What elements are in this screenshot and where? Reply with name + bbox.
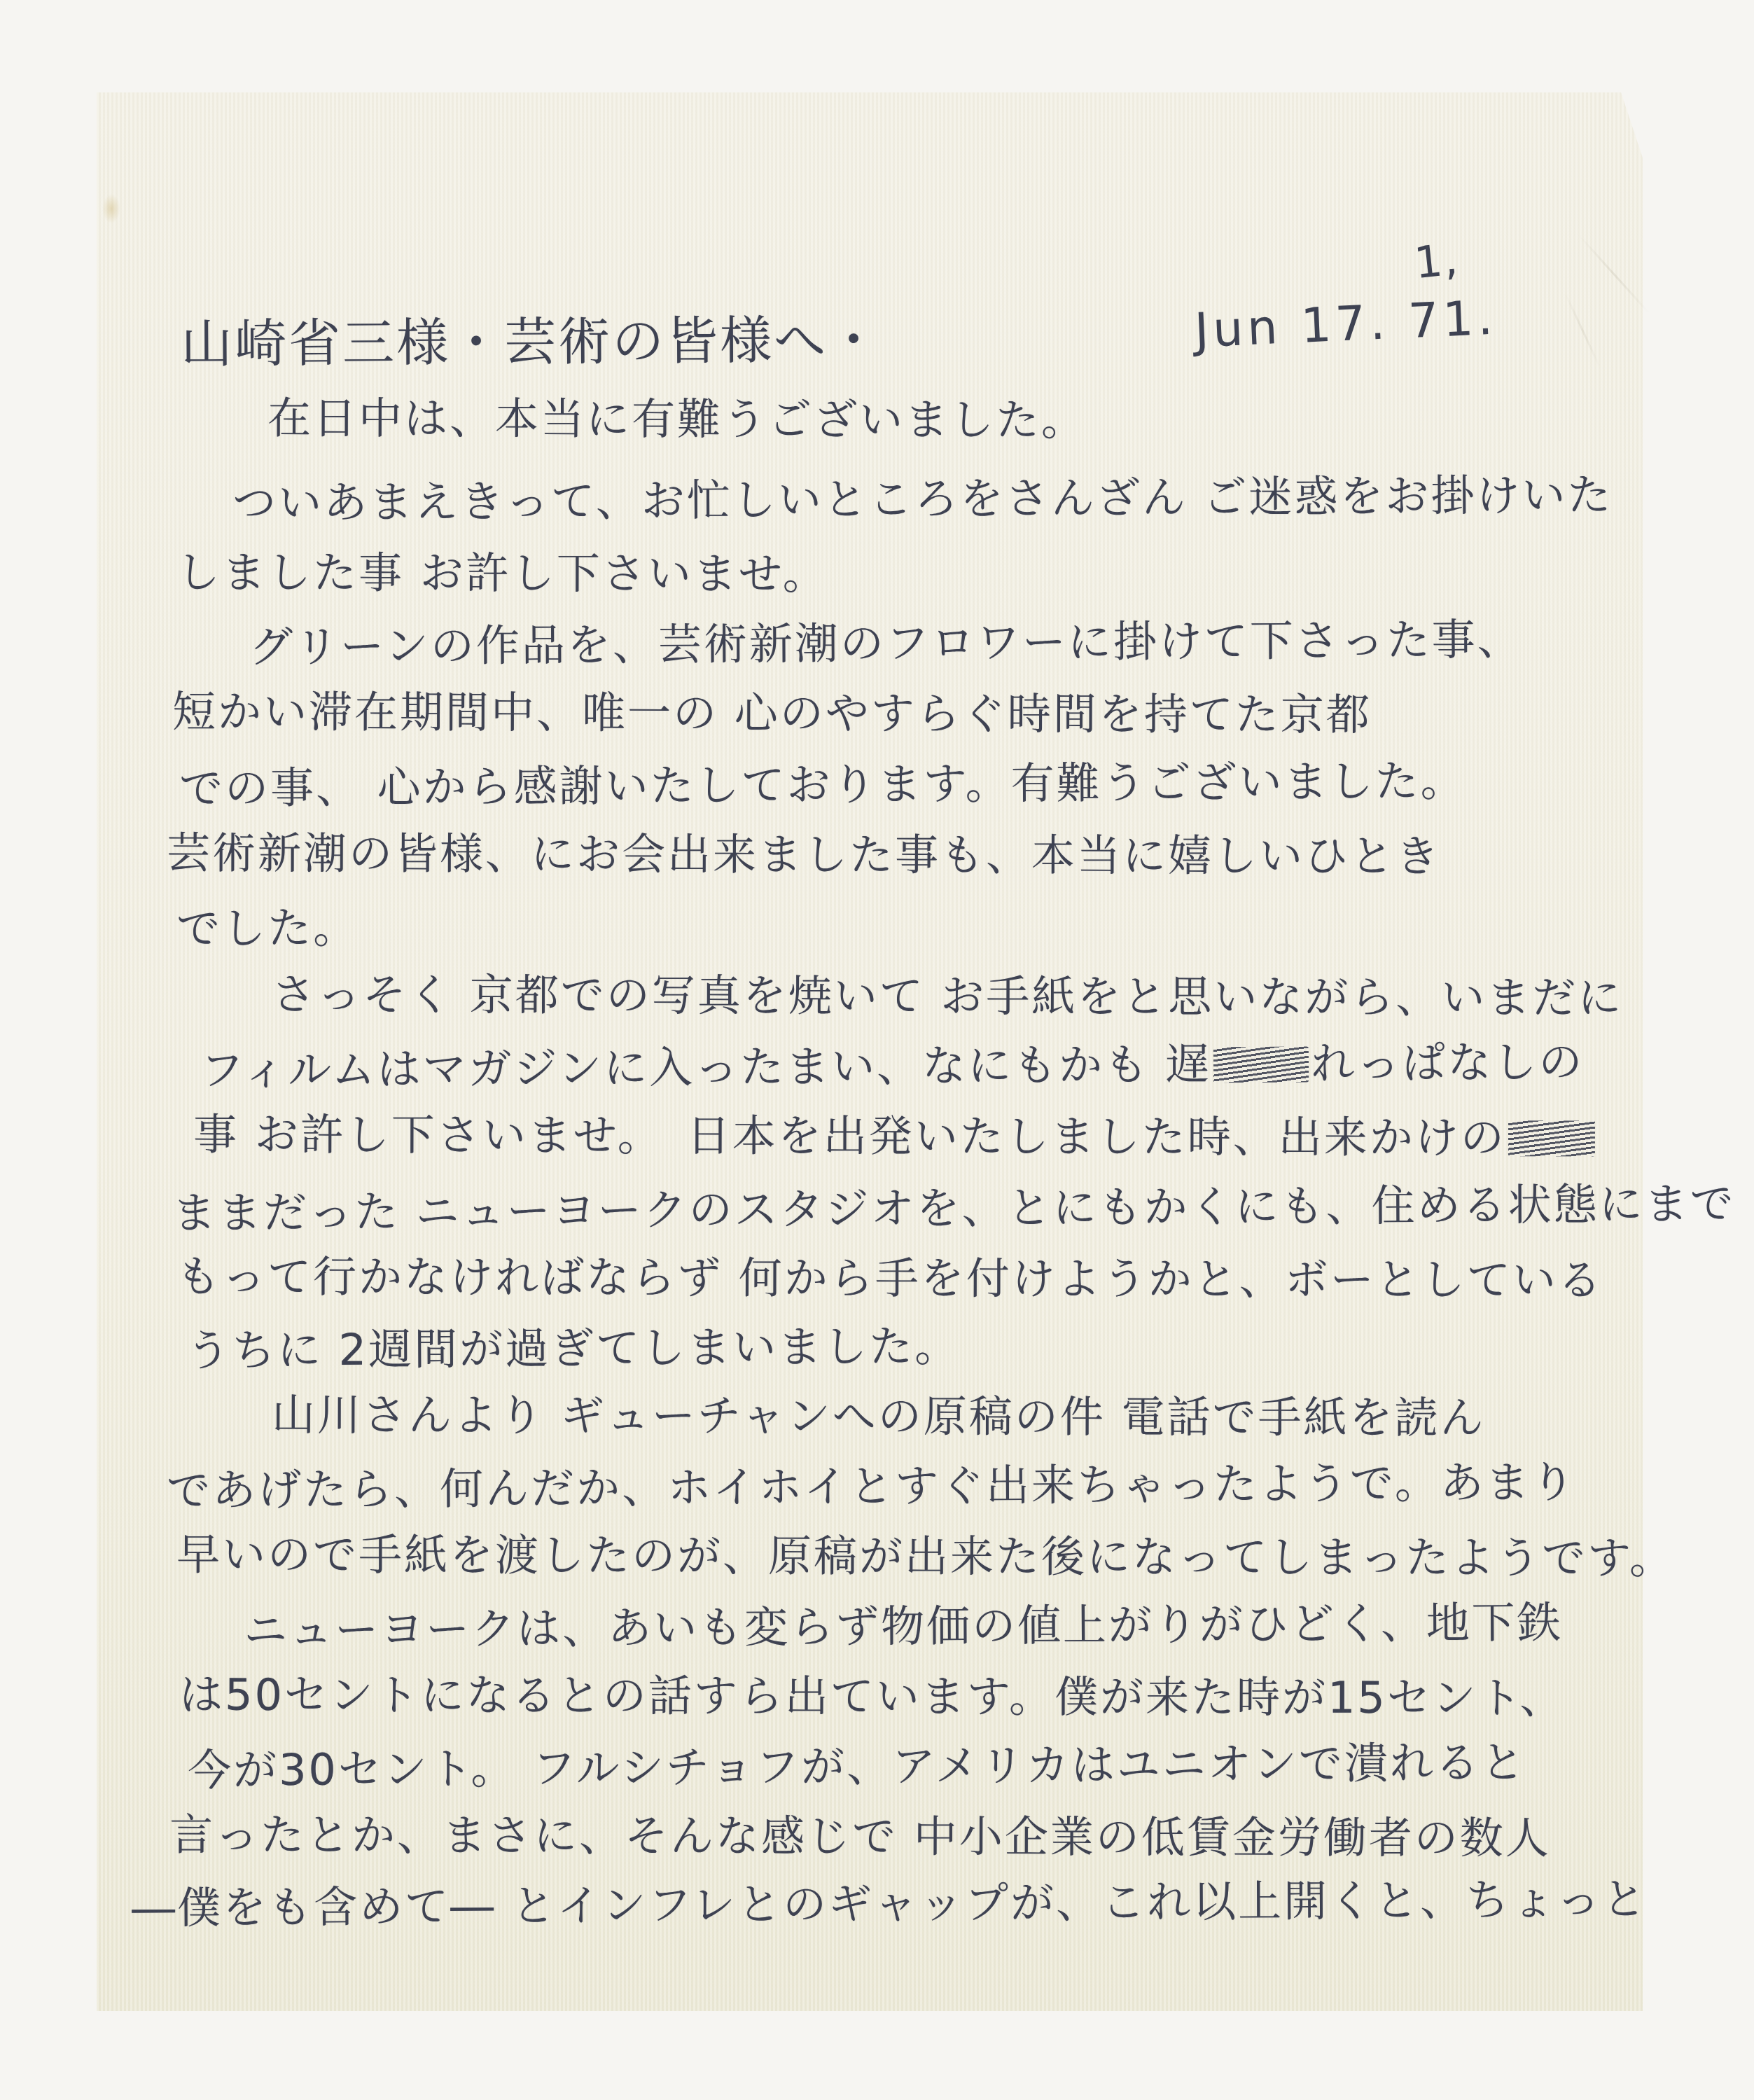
letter-text: ままだった ニューヨークのスタジオを、とにもかくにも、住める状態にまで — [172, 1178, 1736, 1239]
letter-line: 事 お許し下さいませ。 日本を出発いたしました時、出来かけの — [193, 1113, 1597, 1160]
letter-body: 山崎省三様・芸術の皆様へ・在日中は、本当に有難うございました。ついあまえきって、… — [0, 0, 1754, 2100]
letter-text: でした。 — [176, 902, 359, 954]
letter-line: ままだった ニューヨークのスタジオを、とにもかくにも、住める状態にまで — [172, 1182, 1736, 1235]
letter-text: フィルムはマガジンに入ったまい、なにもかも 遅 — [200, 1038, 1211, 1096]
letter-text: 山崎省三様・芸術の皆様へ・ — [181, 310, 882, 375]
letter-text: 短かい滞在期間中、唯一の 心のやすらぐ時間を持てた京都 — [172, 686, 1372, 740]
letter-line: 早いので手紙を渡したのが、原稿が出来た後になってしまったようです。 — [176, 1533, 1675, 1580]
letter-line: 在日中は、本当に有難うございました。 — [267, 396, 1087, 442]
letter-text: 山川さんより ギューチャンへの原稿の件 電話で手紙を読ん — [272, 1389, 1486, 1444]
scan-background: { "document": { "kind": "scanned handwri… — [0, 0, 1754, 2100]
letter-text: 事 お許し下さいませ。 日本を出発いたしました時、出来かけの — [193, 1108, 1506, 1163]
crossed-out-scribble — [1508, 1120, 1595, 1156]
letter-text: ニューヨークは、あいも変らず物価の値上がりがひどく、地下鉄 — [244, 1597, 1563, 1656]
letter-text: もって行かなければならず 何から手を付けようかと、ボーとしている — [176, 1251, 1603, 1305]
letter-text: 早いので手紙を渡したのが、原稿が出来た後になってしまったようです。 — [176, 1529, 1675, 1584]
letter-text: さっそく 京都での写真を焼いて お手紙をと思いながら、いまだに — [272, 968, 1624, 1023]
letter-text: しました事 お許し下さいませ。 — [176, 547, 828, 599]
letter-line: グリーンの作品を、芸術新潮のフロワーに掛けて下さった事、 — [249, 618, 1523, 669]
letter-text: 在日中は、本当に有難うございました。 — [267, 392, 1087, 445]
letter-line: さっそく 京都での写真を焼いて お手紙をと思いながら、いまだに — [272, 973, 1624, 1020]
letter-text: れっぱなしの — [1311, 1036, 1584, 1089]
letter-line: でした。 — [176, 906, 359, 951]
letter-line: 短かい滞在期間中、唯一の 心のやすらぐ時間を持てた京都 — [172, 690, 1372, 737]
letter-line: であげたら、何んだか、ホイホイとすぐ出来ちゃったようで。あまり — [167, 1461, 1577, 1513]
letter-line: ついあまえきって、お忙しいところをさんざん ご迷惑をお掛けいた — [232, 473, 1613, 525]
letter-text: での事、 心から感謝いたしております。有難うございました。 — [179, 755, 1466, 814]
letter-text: は50セントになるとの話すら出ています。僕が来た時が15セント、 — [179, 1669, 1565, 1723]
letter-line: フィルムはマガジンに入ったまい、なにもかも 遅れっぱなしの — [200, 1041, 1585, 1092]
letter-line: ニューヨークは、あいも変らず物価の値上がりがひどく、地下鉄 — [244, 1601, 1563, 1653]
letter-line: 山川さんより ギューチャンへの原稿の件 電話で手紙を読ん — [272, 1393, 1486, 1440]
letter-line: での事、 心から感謝いたしております。有難うございました。 — [179, 759, 1466, 810]
letter-line: うちに 2週間が過ぎてしまいました。 — [186, 1325, 961, 1373]
letter-text: 芸術新潮の皆様、にお会出来ました事も、本当に嬉しいひとき — [167, 828, 1441, 882]
letter-text: 今が30セント。 フルシチョフが、アメリカはユニオンで潰れると — [188, 1737, 1526, 1796]
letter-line: しました事 お許し下さいませ。 — [176, 551, 828, 596]
letter-text: ついあまえきって、お忙しいところをさんざん ご迷惑をお掛けいた — [232, 469, 1613, 529]
letter-text: 言ったとか、まさに、そんな感じで 中小企業の低賃金労働者の数人 — [169, 1809, 1551, 1863]
letter-line: もって行かなければならず 何から手を付けようかと、ボーとしている — [176, 1255, 1603, 1302]
letter-text: うちに 2週間が過ぎてしまいました。 — [186, 1321, 961, 1377]
letter-text: グリーンの作品を、芸術新潮のフロワーに掛けて下さった事、 — [249, 613, 1523, 672]
letter-text: であげたら、何んだか、ホイホイとすぐ出来ちゃったようで。あまり — [167, 1456, 1577, 1516]
letter-line: 今が30セント。 フルシチョフが、アメリカはユニオンで潰れると — [188, 1741, 1526, 1793]
letter-line: 山崎省三様・芸術の皆様へ・ — [181, 314, 882, 370]
crossed-out-scribble — [1213, 1046, 1309, 1083]
letter-line: 言ったとか、まさに、そんな感じで 中小企業の低賃金労働者の数人 — [169, 1813, 1551, 1860]
letter-line: ―僕をも含めて― とインフレとのギャップが、これ以上開くと、ちょっと — [132, 1877, 1648, 1930]
letter-line: は50セントになるとの話すら出ています。僕が来た時が15セント、 — [179, 1673, 1565, 1720]
letter-line: 芸術新潮の皆様、にお会出来ました事も、本当に嬉しいひとき — [167, 832, 1441, 879]
letter-text: ―僕をも含めて― とインフレとのギャップが、これ以上開くと、ちょっと — [132, 1873, 1648, 1933]
